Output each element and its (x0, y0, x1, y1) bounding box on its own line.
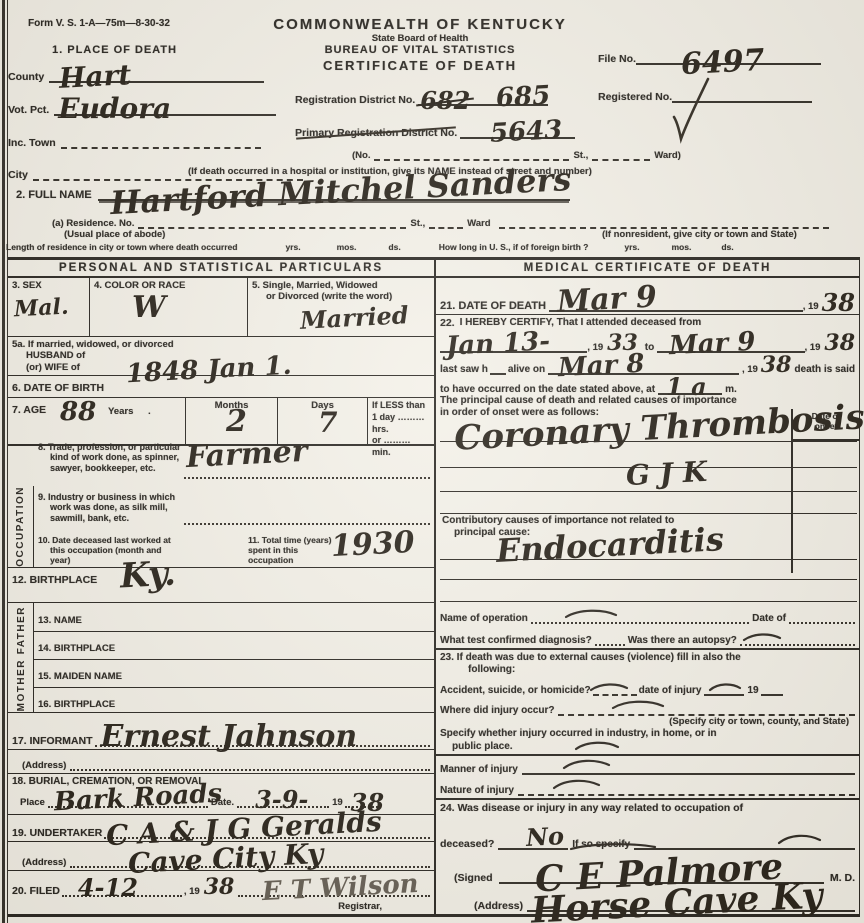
race-label: 4. COLOR OR RACE (94, 280, 243, 291)
industry-label-line1: 9. Industry or business in which (38, 492, 430, 503)
him-her-line (490, 362, 506, 375)
operation-date-line (789, 611, 855, 624)
ward-line (592, 148, 650, 161)
operation-label: Name of operation (440, 613, 528, 624)
to-year-prefix: , 19 (805, 342, 821, 353)
date-of-death-label: 21. DATE OF DEATH (440, 300, 546, 312)
total-time-field: 11. Total time (years) spent in this occ… (248, 535, 430, 566)
file-no-label: File No. (598, 53, 636, 65)
precinct-label: Vot. Pct. (8, 104, 49, 116)
informant-line: Ernest Jahnson (95, 734, 430, 747)
pen-checkmark (672, 76, 712, 144)
county-field: County Hart (8, 70, 264, 83)
burial-date-line: 3-9- (237, 795, 329, 808)
time-value: 1 a (666, 377, 707, 396)
informant-row: 17. INFORMANT Ernest Jahnson (8, 713, 434, 750)
trade-value: Farmer (185, 439, 308, 469)
burial-place-label: Place (12, 797, 45, 808)
occupation-vertical-text: OCCUPATION (15, 486, 26, 567)
sex-cell: 3. SEX Mal. (8, 278, 90, 336)
filed-row: 20. FILED 4-12 , 19 38 E T Wilson Regist… (8, 871, 434, 914)
filed-date-value: 4-12 (78, 878, 138, 897)
informant-value: Ernest Jahnson (101, 725, 358, 749)
pen-dash-mark (610, 699, 666, 711)
date-of-death-year: 38 (822, 293, 855, 312)
registration-district-label: Registration District No. (295, 94, 415, 106)
signed-address-value: Horse Cave Ky (530, 882, 823, 923)
inc-town-field: Inc. Town (8, 136, 261, 149)
external-causes-block: 23. If death was due to external causes … (436, 650, 859, 754)
age-years-label: Years (108, 406, 133, 417)
registrar-label: Registrar, (12, 901, 430, 912)
residence-st-label: St., (410, 218, 425, 229)
place-of-death-section-label: 1. PLACE OF DEATH (52, 44, 177, 56)
cause-rule-4 (440, 513, 857, 514)
birthplace-value: Ky. (119, 561, 176, 591)
where-injury-label: Where did injury occur? (440, 705, 554, 716)
manner-label: Manner of injury (440, 764, 518, 775)
residence-nonresident-line (499, 216, 829, 229)
related-answer-line: No (498, 837, 568, 850)
precinct-line: Eudora (54, 103, 276, 116)
medical-section-title: MEDICAL CERTIFICATE OF DEATH (436, 260, 859, 278)
commonwealth-title: COMMONWEALTH OF KENTUCKY (250, 16, 590, 33)
deceased-label: deceased? (440, 838, 494, 850)
parents-block: FATHER MOTHER 13. NAME 14. BIRTHPLACE 15… (8, 603, 434, 713)
external-label-line1: 23. If death was due to external causes … (440, 652, 855, 664)
mos-label: mos. (337, 242, 357, 252)
marital-cell: 5. Single, Married, Widowed or Divorced … (248, 278, 434, 336)
related-answer-value: No (526, 826, 565, 847)
mother-vertical-text: MOTHER (16, 659, 27, 711)
file-no-line: 6497 (636, 52, 821, 65)
to-label: to (645, 342, 654, 353)
occupation-vertical-label: OCCUPATION (8, 486, 34, 567)
manner-line (522, 762, 855, 775)
attended-to-line: Mar 9 (657, 340, 804, 353)
industry-label-line2: work was done, as silk mill, (38, 502, 430, 513)
days-value: 7 (318, 412, 337, 434)
registrar-signature-line: E T Wilson (238, 884, 430, 897)
dob-label: 6. DATE OF BIRTH (12, 382, 104, 394)
city-label: City (8, 169, 28, 181)
marital-value: Married (300, 305, 409, 330)
nature-label: Nature of injury (440, 785, 514, 796)
pen-dash-mark (708, 682, 742, 692)
full-name-field: 2. FULL NAME Hartford Mitchel Sanders (16, 188, 570, 201)
injury-19-label: 19 (747, 685, 758, 696)
length-of-residence-row: Length of residence in city or town wher… (6, 242, 734, 252)
ds-label-2: ds. (721, 242, 733, 252)
mos-label-2: mos. (672, 242, 692, 252)
marital-label-line1: 5. Single, Married, Widowed (252, 280, 430, 291)
undertaker-address-line: Cave City Ky (70, 855, 430, 868)
no-paren-label: (No. (352, 150, 370, 161)
registered-no-label: Registered No. (598, 91, 672, 103)
certify-number: 22. (440, 317, 455, 329)
dob-value: 1848 Jan 1. (126, 356, 293, 385)
attended-from-value: Jan 13- (446, 331, 551, 357)
date-of-death-value: Mar 9 (556, 285, 657, 314)
industry-leader-line (184, 523, 430, 525)
birthplace-label: 12. BIRTHPLACE (12, 574, 97, 586)
where-injury-row: Where did injury occur? (440, 696, 855, 716)
undertaker-address-value: Cave City Ky (128, 843, 324, 876)
certify-line4: to have occurred on the date stated abov… (440, 375, 855, 395)
race-cell: 4. COLOR OR RACE W (90, 278, 248, 336)
related-question-line1: 24. Was disease or injury in any way rel… (440, 802, 855, 816)
age-label: 7. AGE (12, 404, 46, 416)
date-of-birth-row: 6. DATE OF BIRTH 1848 Jan 1. (8, 376, 434, 398)
informant-address-label: (Address) (12, 760, 66, 771)
spare-rules-area (436, 567, 859, 602)
autopsy-line (740, 633, 855, 646)
time-line: 1 a (658, 382, 722, 395)
abode-note: (Usual place of abode) (64, 229, 165, 240)
specify-label-line1: Specify whether injury occurred in indus… (440, 728, 855, 740)
contributory-value: Endocarditis (495, 527, 724, 564)
county-label: County (8, 71, 44, 83)
to-year-value: 38 (824, 335, 855, 353)
saw-year-value: 38 (761, 357, 792, 375)
certificate-title-block: COMMONWEALTH OF KENTUCKY State Board of … (250, 16, 590, 75)
filed-year-value: 38 (204, 879, 235, 897)
spouse-label-line1: 5a. If married, widowed, or divorced (12, 339, 430, 350)
last-worked-line1: 10. Date deceased last worked at (38, 535, 248, 545)
external-label-line2: following: (440, 664, 855, 676)
medical-certificate-column: MEDICAL CERTIFICATE OF DEATH 21. DATE OF… (436, 260, 859, 914)
father-vertical-label: FATHER (8, 602, 34, 657)
months-value: 2 (226, 410, 247, 434)
informant-address-line (70, 758, 430, 771)
inc-town-label: Inc. Town (8, 137, 56, 149)
pen-dash-mark (563, 608, 619, 620)
date-of-death-year-prefix: , 19 (803, 301, 819, 312)
street-ward-hint-row: (No. St., Ward) (352, 148, 681, 161)
pen-dash-mark (589, 682, 629, 692)
test-line (595, 633, 625, 646)
attended-from-line: Jan 13- (440, 340, 587, 353)
burial-date-value: 3-9- (255, 790, 308, 809)
bureau-subtitle: BUREAU OF VITAL STATISTICS (250, 44, 590, 57)
signed-label: (Signed (440, 872, 493, 884)
age-period: . (148, 406, 151, 417)
parents-vertical-strip: FATHER MOTHER (8, 602, 34, 712)
undertaker-line: C A & J G Geralds (104, 826, 430, 839)
length-label: Length of residence in city or town wher… (6, 242, 237, 252)
less-label-line1: If LESS than (372, 400, 430, 412)
age-cell: 7. AGE 88 Years . (8, 398, 186, 444)
undertaker-address-row: (Address) Cave City Ky (8, 842, 434, 871)
saw-year-prefix: , 19 (742, 364, 758, 375)
how-long-label: How long in U. S., if of foreign birth ? (439, 242, 589, 252)
primary-district-value: 5643 (490, 120, 563, 145)
filed-fields: 20. FILED 4-12 , 19 38 E T Wilson (12, 879, 430, 897)
last-worked-row: 10. Date deceased last worked at this oc… (34, 533, 434, 568)
street-no-line (374, 148, 569, 161)
mother-maiden-row: 15. MAIDEN NAME (34, 660, 434, 688)
if-so-specify-label: If so specify (572, 839, 630, 850)
total-time-value: 1930 (330, 530, 415, 558)
nature-line (518, 783, 855, 796)
autopsy-label: Was there an autopsy? (628, 635, 737, 646)
m-label: m. (725, 384, 737, 395)
specify-city-note: (Specify city or town, county, and State… (440, 716, 855, 728)
signed-address-row: (Address) Horse Cave Ky (440, 884, 855, 912)
date-of-death-line: Mar 9 (549, 299, 803, 312)
last-saw-pre: last saw h (440, 364, 488, 375)
specify-label-line2-row: public place. (440, 740, 855, 752)
operation-date-label: Date of (752, 613, 786, 624)
age-value: 88 (60, 402, 96, 423)
full-name-line: Hartford Mitchel Sanders (98, 188, 570, 201)
signed-address-label: (Address) (440, 900, 523, 912)
pen-dash-mark (560, 757, 612, 771)
certify-block: 22. I HEREBY CERTIFY, That I attended de… (436, 315, 859, 415)
mother-birthplace-label: 16. BIRTHPLACE (38, 699, 115, 710)
board-subtitle: State Board of Health (250, 33, 590, 44)
operation-row: Name of operation Date of (436, 601, 859, 626)
father-name-label: 13. NAME (38, 615, 82, 626)
death-certificate-scan: Form V. S. 1-A—75m—8-30-32 COMMONWEALTH … (0, 0, 864, 923)
filed-label: 20. FILED (12, 885, 60, 897)
physician-initials: G J K (625, 461, 707, 488)
test-label: What test confirmed diagnosis? (440, 635, 592, 646)
yrs-label: yrs. (285, 242, 300, 252)
undertaker-address-label: (Address) (12, 857, 66, 868)
last-worked-line2: this occupation (month and (38, 545, 248, 555)
inc-town-line (61, 136, 261, 149)
ward-paren-label: Ward) (654, 150, 681, 161)
last-saw-post: alive on (508, 364, 545, 375)
accident-label: Accident, suicide, or homicide? (440, 685, 591, 696)
burial-place-line: Bark Roads (48, 795, 208, 808)
cause-of-death-area: Coronary Thrombosis G J K Contributory c… (436, 415, 859, 567)
registration-district-value: 685 (496, 86, 551, 110)
certificate-of-death-title: CERTIFICATE OF DEATH (250, 57, 590, 75)
pen-dash-mark (742, 632, 782, 642)
pen-dash-mark (550, 777, 602, 791)
occupation-related-block: 24. Was disease or injury in any way rel… (436, 800, 859, 914)
precinct-field: Vot. Pct. Eudora (8, 103, 276, 116)
operation-line (531, 611, 749, 624)
accident-line (593, 683, 637, 696)
precinct-value: Eudora (58, 98, 171, 120)
st-label: St., (573, 150, 588, 161)
parents-fields: 13. NAME 14. BIRTHPLACE 15. MAIDEN NAME … (34, 605, 434, 712)
undertaker-row: 19. UNDERTAKER C A & J G Geralds (8, 815, 434, 842)
form-number: Form V. S. 1-A—75m—8-30-32 (28, 18, 170, 29)
file-no-value: 6497 (680, 49, 765, 77)
registration-district-line: 682 685 (418, 93, 548, 106)
pen-dash-mark (775, 832, 823, 846)
county-value: Hart (59, 64, 132, 90)
last-saw-value: Mar 8 (558, 354, 645, 379)
signed-address-line: Horse Cave Ky (527, 899, 855, 912)
filed-year-prefix: , 19 (184, 886, 200, 897)
certificate-body: PERSONAL AND STATISTICAL PARTICULARS 3. … (8, 257, 860, 917)
father-name-row: 13. NAME (34, 605, 434, 632)
md-label: M. D. (830, 872, 855, 884)
accident-row: Accident, suicide, or homicide? date of … (440, 676, 855, 696)
birthplace-row: 12. BIRTHPLACE Ky. (8, 568, 434, 603)
sex-value: Mal. (14, 299, 69, 319)
spare-rule-1 (440, 579, 857, 580)
nonresident-note: (If nonresident, give city or town and S… (602, 229, 797, 240)
attended-to-value: Mar 9 (669, 332, 756, 357)
where-injury-line (558, 703, 855, 716)
mother-birthplace-row: 16. BIRTHPLACE (34, 688, 434, 712)
informant-label: 17. INFORMANT (12, 735, 93, 747)
specify-label-line2: public place. (440, 741, 513, 752)
last-saw-line: Mar 8 (548, 362, 739, 375)
occupation-block: OCCUPATION 8. Trade, profession, or part… (8, 446, 434, 568)
pen-dash-mark (573, 740, 621, 752)
undertaker-label: 19. UNDERTAKER (12, 827, 102, 839)
mother-maiden-label: 15. MAIDEN NAME (38, 671, 122, 682)
personal-section-title: PERSONAL AND STATISTICAL PARTICULARS (8, 260, 434, 278)
burial-place-value: Bark Roads (53, 784, 222, 814)
ds-label: ds. (388, 242, 400, 252)
personal-particulars-column: PERSONAL AND STATISTICAL PARTICULARS 3. … (8, 260, 436, 914)
death-said-text: death is said (794, 364, 855, 375)
registration-district-old-value: 682 (420, 91, 470, 110)
injury-year-line (761, 683, 783, 696)
mother-vertical-label: MOTHER (8, 657, 34, 712)
sex-label: 3. SEX (12, 280, 85, 291)
certify-line2: Jan 13- , 19 33 to Mar 9 , 19 38 (440, 329, 855, 353)
age-row: 7. AGE 88 Years . Months 2 Days 7 If LES… (8, 398, 434, 444)
file-no-field: File No. 6497 (598, 52, 821, 65)
residence-ward-line (429, 216, 463, 229)
test-autopsy-row: What test confirmed diagnosis? Was there… (436, 626, 859, 649)
filed-date-line: 4-12 (62, 884, 182, 897)
occurred-text: to have occurred on the date stated abov… (440, 384, 655, 395)
primary-district-line: 5643 (460, 126, 575, 139)
less-than-day-cell: If LESS than 1 day ……… hrs. or ……… min. (368, 398, 434, 444)
race-value: W (132, 296, 166, 320)
injury-date-line (704, 683, 744, 696)
residence-ward-label: Ward (467, 218, 490, 229)
county-line: Hart (49, 70, 264, 83)
father-birthplace-label: 14. BIRTHPLACE (38, 643, 115, 654)
full-name-label: 2. FULL NAME (16, 189, 92, 201)
certify-line1: 22. I HEREBY CERTIFY, That I attended de… (440, 317, 855, 329)
date-of-death-row: 21. DATE OF DEATH Mar 9 , 19 38 (436, 278, 859, 315)
registrar-signature: E T Wilson (262, 874, 420, 903)
father-vertical-text: FATHER (16, 606, 27, 654)
trade-leader-line (184, 477, 430, 479)
less-label-line2: 1 day ……… hrs. (372, 412, 430, 435)
injury-date-label: date of injury (639, 685, 702, 696)
related-answer-row: deceased? No If so specify (440, 820, 855, 850)
yrs-label-2: yrs. (624, 242, 639, 252)
sex-race-marital-row: 3. SEX Mal. 4. COLOR OR RACE W 5. Single… (8, 278, 434, 336)
nature-of-injury-row: Nature of injury (436, 777, 859, 800)
registration-district-field: Registration District No. 682 685 (295, 93, 548, 106)
occupation-fields: 8. Trade, profession, or particular kind… (34, 439, 434, 568)
father-birthplace-row: 14. BIRTHPLACE (34, 632, 434, 660)
trade-row: 8. Trade, profession, or particular kind… (34, 439, 434, 489)
manner-of-injury-row: Manner of injury (436, 754, 859, 777)
